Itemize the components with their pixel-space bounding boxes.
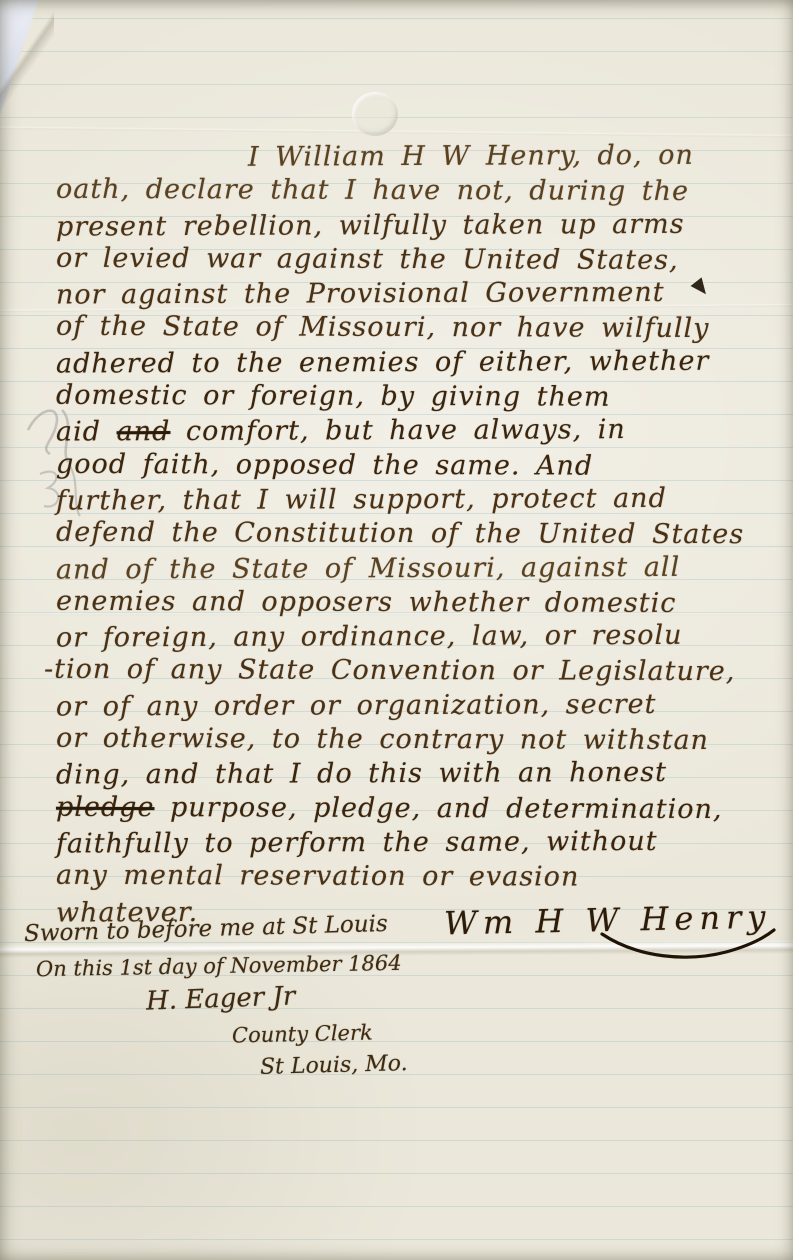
manuscript-text: good faith, opposed the same. And <box>56 448 593 481</box>
manuscript-line: and of the State of Missouri, against al… <box>56 550 768 587</box>
manuscript-line: good faith, opposed the same. And <box>56 447 768 484</box>
manuscript-line: domestic or foreign, by giving them <box>56 379 768 416</box>
clerk-place: St Louis, Mo. <box>260 1051 408 1080</box>
manuscript-text: ding, and that I do this with an honest <box>56 757 667 791</box>
manuscript-line: pledge purpose, pledge, and determinatio… <box>56 790 768 827</box>
struck-word: pledge <box>56 791 155 822</box>
manuscript-text: present rebellion, wilfully taken up arm… <box>56 208 685 242</box>
manuscript-text: of the State of Missouri, nor have wilfu… <box>56 311 709 344</box>
manuscript-text: aid <box>56 417 117 448</box>
clerk-signature: H. Eager Jr <box>146 981 296 1016</box>
manuscript-text: or of any order or organization, secret <box>56 689 657 723</box>
clerk-title: County Clerk <box>232 1021 373 1048</box>
manuscript-text: purpose, pledge, and determination, <box>154 792 722 825</box>
manuscript-text: comfort, but have always, in <box>170 414 626 447</box>
manuscript-line: aid and comfort, but have always, in <box>56 413 768 450</box>
manuscript-line: -tion of any State Convention or Legisla… <box>44 653 768 690</box>
manuscript-line: or of any order or organization, secret <box>56 687 768 724</box>
manuscript-text: or foreign, any ordinance, law, or resol… <box>56 620 683 654</box>
manuscript-text: any mental reservation or evasion <box>56 860 579 893</box>
emboss-mark <box>352 92 398 136</box>
manuscript-line: I William H W Henry, do, on <box>56 138 768 175</box>
document-page: I William H W Henry, do, onoath, declare… <box>0 0 793 1260</box>
manuscript-line: defend the Constitution of the United St… <box>56 516 768 553</box>
manuscript-text: or otherwise, to the contrary not withst… <box>56 723 709 756</box>
manuscript-text: domestic or foreign, by giving them <box>56 380 611 413</box>
manuscript-line: enemies and opposers whether domestic <box>56 585 768 622</box>
manuscript-text: or levied war against the United States, <box>56 243 679 276</box>
manuscript-line: adhered to the enemies of either, whethe… <box>56 344 768 381</box>
manuscript-line: or levied war against the United States, <box>56 242 768 279</box>
manuscript-line: oath, declare that I have not, during th… <box>56 173 768 210</box>
manuscript-text: I William H W Henry, do, on <box>248 140 694 173</box>
signature-flourish <box>598 928 778 962</box>
manuscript-line: further, that I will support, protect an… <box>56 481 768 518</box>
manuscript-line: any mental reservation or evasion <box>56 859 768 896</box>
manuscript-line: of the State of Missouri, nor have wilfu… <box>56 310 768 347</box>
manuscript-text: adhered to the enemies of either, whethe… <box>56 345 710 379</box>
manuscript-line: ding, and that I do this with an honest <box>56 756 768 793</box>
manuscript-text: oath, declare that I have not, during th… <box>56 174 689 207</box>
folded-corner <box>0 0 46 120</box>
manuscript-text: faithfully to perform the same, without <box>56 826 658 860</box>
manuscript-text: nor against the Provisional Government <box>56 277 665 311</box>
oath-body: I William H W Henry, do, onoath, declare… <box>56 140 768 929</box>
manuscript-line: nor against the Provisional Government <box>56 276 768 313</box>
attestation-date-line: On this 1st day of November 1864 <box>36 951 402 981</box>
struck-word: and <box>117 416 171 447</box>
manuscript-text: and of the State of Missouri, against al… <box>56 551 680 585</box>
manuscript-text: further, that I will support, protect an… <box>56 483 667 517</box>
manuscript-text: defend the Constitution of the United St… <box>56 517 744 550</box>
fold-crease <box>0 126 793 139</box>
manuscript-line: present rebellion, wilfully taken up arm… <box>56 207 768 244</box>
manuscript-line: or otherwise, to the contrary not withst… <box>56 722 768 759</box>
manuscript-text: enemies and opposers whether domestic <box>56 586 676 619</box>
manuscript-line: faithfully to perform the same, without <box>56 824 768 861</box>
manuscript-text: -tion of any State Convention or Legisla… <box>44 654 735 687</box>
manuscript-line: or foreign, any ordinance, law, or resol… <box>56 619 768 656</box>
